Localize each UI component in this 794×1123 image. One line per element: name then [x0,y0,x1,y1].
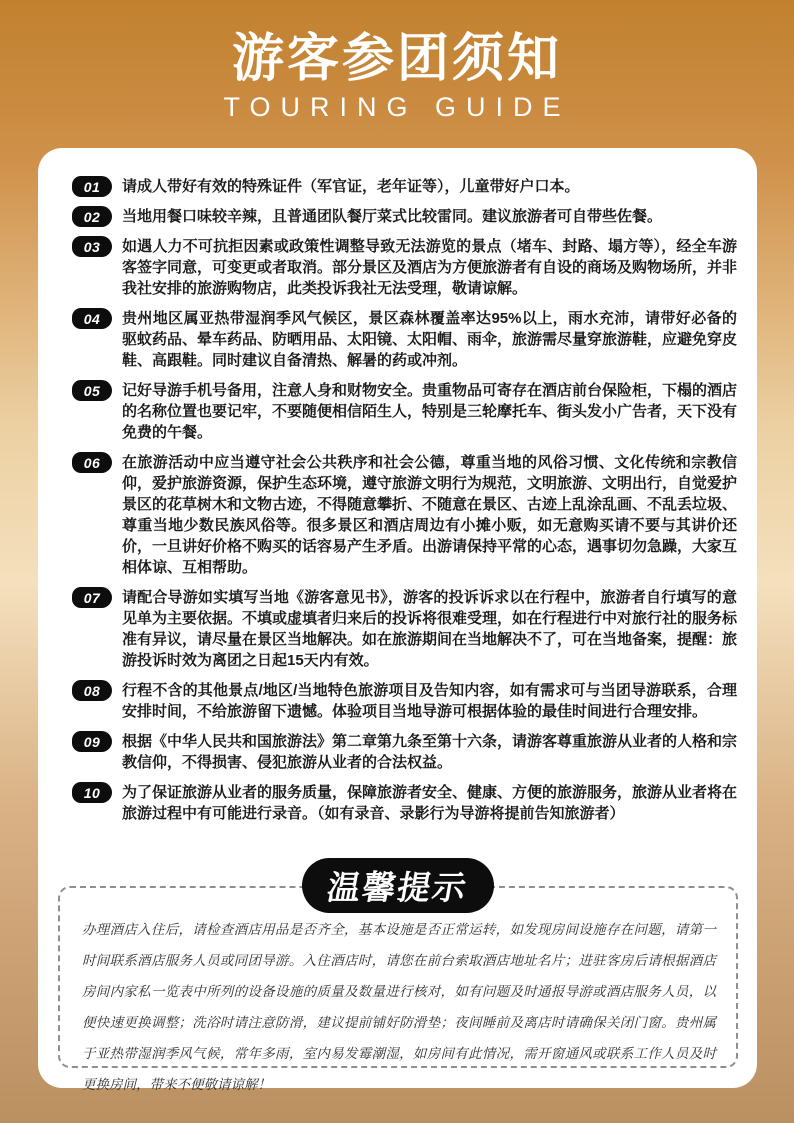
notice-list: 01 请成人带好有效的特殊证件（军官证，老年证等），儿童带好户口本。 02 当地… [72,176,737,824]
document-header: 游客参团须知 TOURING GUIDE [0,0,794,123]
notice-item-text: 行程不含的其他景点/地区/当地特色旅游项目及告知内容，如有需求可与当团导游联系，… [122,680,737,722]
item-number-badge: 05 [72,380,112,401]
warm-tips-title: 温馨提示 [324,862,472,909]
item-number-badge: 10 [72,782,112,803]
page-subtitle: TOURING GUIDE [0,91,794,123]
item-number-badge: 08 [72,680,112,701]
item-number-badge: 06 [72,452,112,473]
notice-item-10: 10 为了保证旅游从业者的服务质量，保障旅游者安全、健康、方便的旅游服务，旅游从… [72,782,737,824]
warm-tips-title-pill: 温馨提示 [302,858,494,913]
item-number-badge: 02 [72,206,112,227]
notice-item-text: 当地用餐口味较辛辣，且普通团队餐厅菜式比较雷同。建议旅游者可自带些佐餐。 [122,206,737,227]
item-number-badge: 01 [72,176,112,197]
item-number-badge: 09 [72,731,112,752]
notice-item-01: 01 请成人带好有效的特殊证件（军官证，老年证等），儿童带好户口本。 [72,176,737,197]
notice-item-07: 07 请配合导游如实填写当地《游客意见书》，游客的投诉诉求以在行程中，旅游者自行… [72,587,737,671]
item-number-badge: 07 [72,587,112,608]
notice-item-text: 请成人带好有效的特殊证件（军官证，老年证等），儿童带好户口本。 [122,176,737,197]
warm-tips-section: 温馨提示 办理酒店入住后，请检查酒店用品是否齐全，基本设施是否正常运转，如发现房… [58,886,738,1068]
notice-item-text: 贵州地区属亚热带湿润季风气候区，景区森林覆盖率达95%以上，雨水充沛，请带好必备… [122,308,737,371]
notice-item-04: 04 贵州地区属亚热带湿润季风气候区，景区森林覆盖率达95%以上，雨水充沛，请带… [72,308,737,371]
notice-item-02: 02 当地用餐口味较辛辣，且普通团队餐厅菜式比较雷同。建议旅游者可自带些佐餐。 [72,206,737,227]
notice-item-09: 09 根据《中华人民共和国旅游法》第二章第九条至第十六条，请游客尊重旅游从业者的… [72,731,737,773]
notice-item-08: 08 行程不含的其他景点/地区/当地特色旅游项目及告知内容，如有需求可与当团导游… [72,680,737,722]
warm-tips-box: 办理酒店入住后，请检查酒店用品是否齐全，基本设施是否正常运转，如发现房间设施存在… [58,886,738,1068]
item-number-badge: 03 [72,236,112,257]
notice-item-text: 记好导游手机号备用，注意人身和财物安全。贵重物品可寄存在酒店前台保险柜，下榻的酒… [122,380,737,443]
item-number-badge: 04 [72,308,112,329]
warm-tips-body: 办理酒店入住后，请检查酒店用品是否齐全，基本设施是否正常运转，如发现房间设施存在… [82,914,716,1100]
notice-item-text: 请配合导游如实填写当地《游客意见书》，游客的投诉诉求以在行程中，旅游者自行填写的… [122,587,737,671]
notice-item-text: 如遇人力不可抗拒因素或政策性调整导致无法游览的景点（堵车、封路、塌方等），经全车… [122,236,737,299]
notice-item-06: 06 在旅游活动中应当遵守社会公共秩序和社会公德，尊重当地的风俗习惯、文化传统和… [72,452,737,578]
notice-item-05: 05 记好导游手机号备用，注意人身和财物安全。贵重物品可寄存在酒店前台保险柜，下… [72,380,737,443]
page-background: 游客参团须知 TOURING GUIDE 01 请成人带好有效的特殊证件（军官证… [0,0,794,1123]
notice-item-03: 03 如遇人力不可抗拒因素或政策性调整导致无法游览的景点（堵车、封路、塌方等），… [72,236,737,299]
page-title: 游客参团须知 [0,30,794,88]
notice-item-text: 根据《中华人民共和国旅游法》第二章第九条至第十六条，请游客尊重旅游从业者的人格和… [122,731,737,773]
notice-item-text: 在旅游活动中应当遵守社会公共秩序和社会公德，尊重当地的风俗习惯、文化传统和宗教信… [122,452,737,578]
notice-item-text: 为了保证旅游从业者的服务质量，保障旅游者安全、健康、方便的旅游服务，旅游从业者将… [122,782,737,824]
